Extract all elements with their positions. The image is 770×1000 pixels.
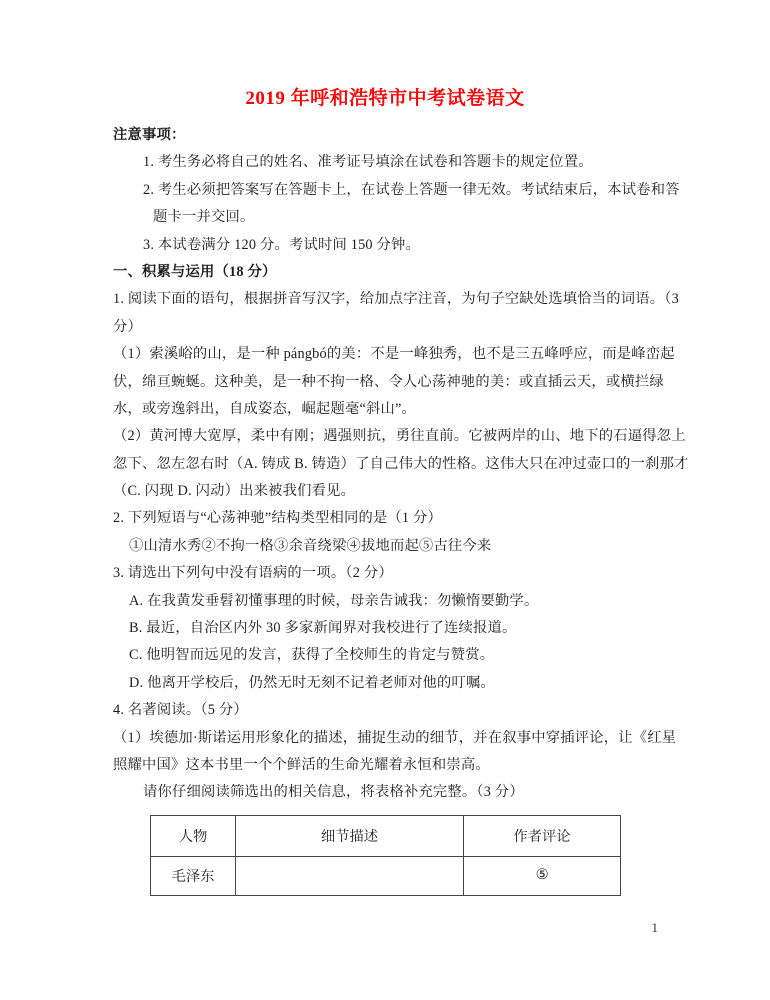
question-4-line-1: （1）埃德加·斯诺运用形象化的描述，捕捉生动的细节，并在叙事中穿插评论，让《红星: [113, 725, 740, 752]
question-4-prompt: 请你仔细阅读筛选出的相关信息，将表格补充完整。（3 分）: [113, 779, 740, 806]
question-3-stem: 3. 请选出下列句中没有语病的一项。（2 分）: [113, 560, 740, 587]
page-footer: 1: [0, 920, 770, 936]
question-3-option-d: D. 他离开学校后，仍然无时无刻不记着老师对他的叮嘱。: [113, 670, 740, 697]
table-header-row: 人物 细节描述 作者评论: [151, 815, 621, 856]
notice-heading: 注意事项：: [113, 122, 740, 149]
question-4-line-2: 照耀中国》这本书里一个个鲜活的生命光耀着永恒和崇高。: [113, 752, 740, 779]
question-1-line-1: 1. 阅读下面的语句，根据拼音写汉字，给加点字注音，为句子空缺处选填恰当的词语。…: [113, 286, 740, 313]
exam-page: 2019 年呼和浩特市中考试卷语文 注意事项： 1. 考生务必将自己的姓名、准考…: [0, 0, 770, 1000]
table-header-detail: 细节描述: [236, 815, 464, 856]
table-cell-person: 毛泽东: [151, 856, 236, 895]
page-number: 1: [652, 920, 659, 935]
table-cell-comment: ⑤: [464, 856, 621, 895]
question-4-stem: 4. 名著阅读。（5 分）: [113, 697, 740, 724]
passage-1-line-3: 水，或旁逸斜出，自成姿态，崛起题毫“斜山”。: [113, 396, 740, 423]
question-3-option-b: B. 最近，自治区内外 30 多家新闻界对我校进行了连续报道。: [113, 615, 740, 642]
table-cell-detail: [236, 856, 464, 895]
notice-item-2: 2. 考生必须把答案写在答题卡上，在试卷上答题一律无效。考试结束后，本试卷和答: [113, 177, 740, 204]
character-table: 人物 细节描述 作者评论 毛泽东 ⑤: [150, 815, 621, 896]
question-2-stem: 2. 下列短语与“心荡神驰”结构类型相同的是（1 分）: [113, 505, 740, 532]
passage-1-line-1: （1）索溪峪的山，是一种 pángbó的美：不是一峰独秀，也不是三五峰呼应，而是…: [113, 341, 740, 368]
question-1-line-2: 分）: [113, 314, 740, 341]
passage-2-line-3: （C. 闪现 D. 闪动）出来被我们看见。: [113, 478, 740, 505]
table-header-person: 人物: [151, 815, 236, 856]
table-header-comment: 作者评论: [464, 815, 621, 856]
exam-title: 2019 年呼和浩特市中考试卷语文: [0, 0, 770, 112]
table-row: 毛泽东 ⑤: [151, 856, 621, 895]
notice-item-3: 3. 本试卷满分 120 分。考试时间 150 分钟。: [113, 232, 740, 259]
question-3-option-a: A. 在我黄发垂髫初懂事理的时候，母亲告诫我：勿懒惰要勤学。: [113, 588, 740, 615]
question-3-option-c: C. 他明智而远见的发言，获得了全校师生的肯定与赞赏。: [113, 642, 740, 669]
passage-1-line-2: 伏，绵亘蜿蜒。这种美，是一种不拘一格、令人心荡神驰的美：或直插云天，或横拦绿: [113, 369, 740, 396]
notice-item-1: 1. 考生务必将自己的姓名、准考证号填涂在试卷和答题卡的规定位置。: [113, 149, 740, 176]
exam-body: 注意事项： 1. 考生务必将自己的姓名、准考证号填涂在试卷和答题卡的规定位置。 …: [0, 122, 770, 807]
section-heading: 一、积累与运用（18 分）: [113, 259, 740, 286]
question-2-options: ①山清水秀②不拘一格③余音绕梁④拔地而起⑤古往今来: [113, 533, 740, 560]
notice-item-2-cont: 题卡一并交回。: [113, 204, 740, 231]
passage-2-line-2: 忽下、忽左忽右时（A. 铸成 B. 铸造）了自己伟大的性格。这伟大只在冲过壶口的…: [113, 451, 740, 478]
passage-2-line-1: （2）黄河博大宽厚，柔中有刚；遇强则抗，勇往直前。它被两岸的山、地下的石逼得忽上: [113, 423, 740, 450]
